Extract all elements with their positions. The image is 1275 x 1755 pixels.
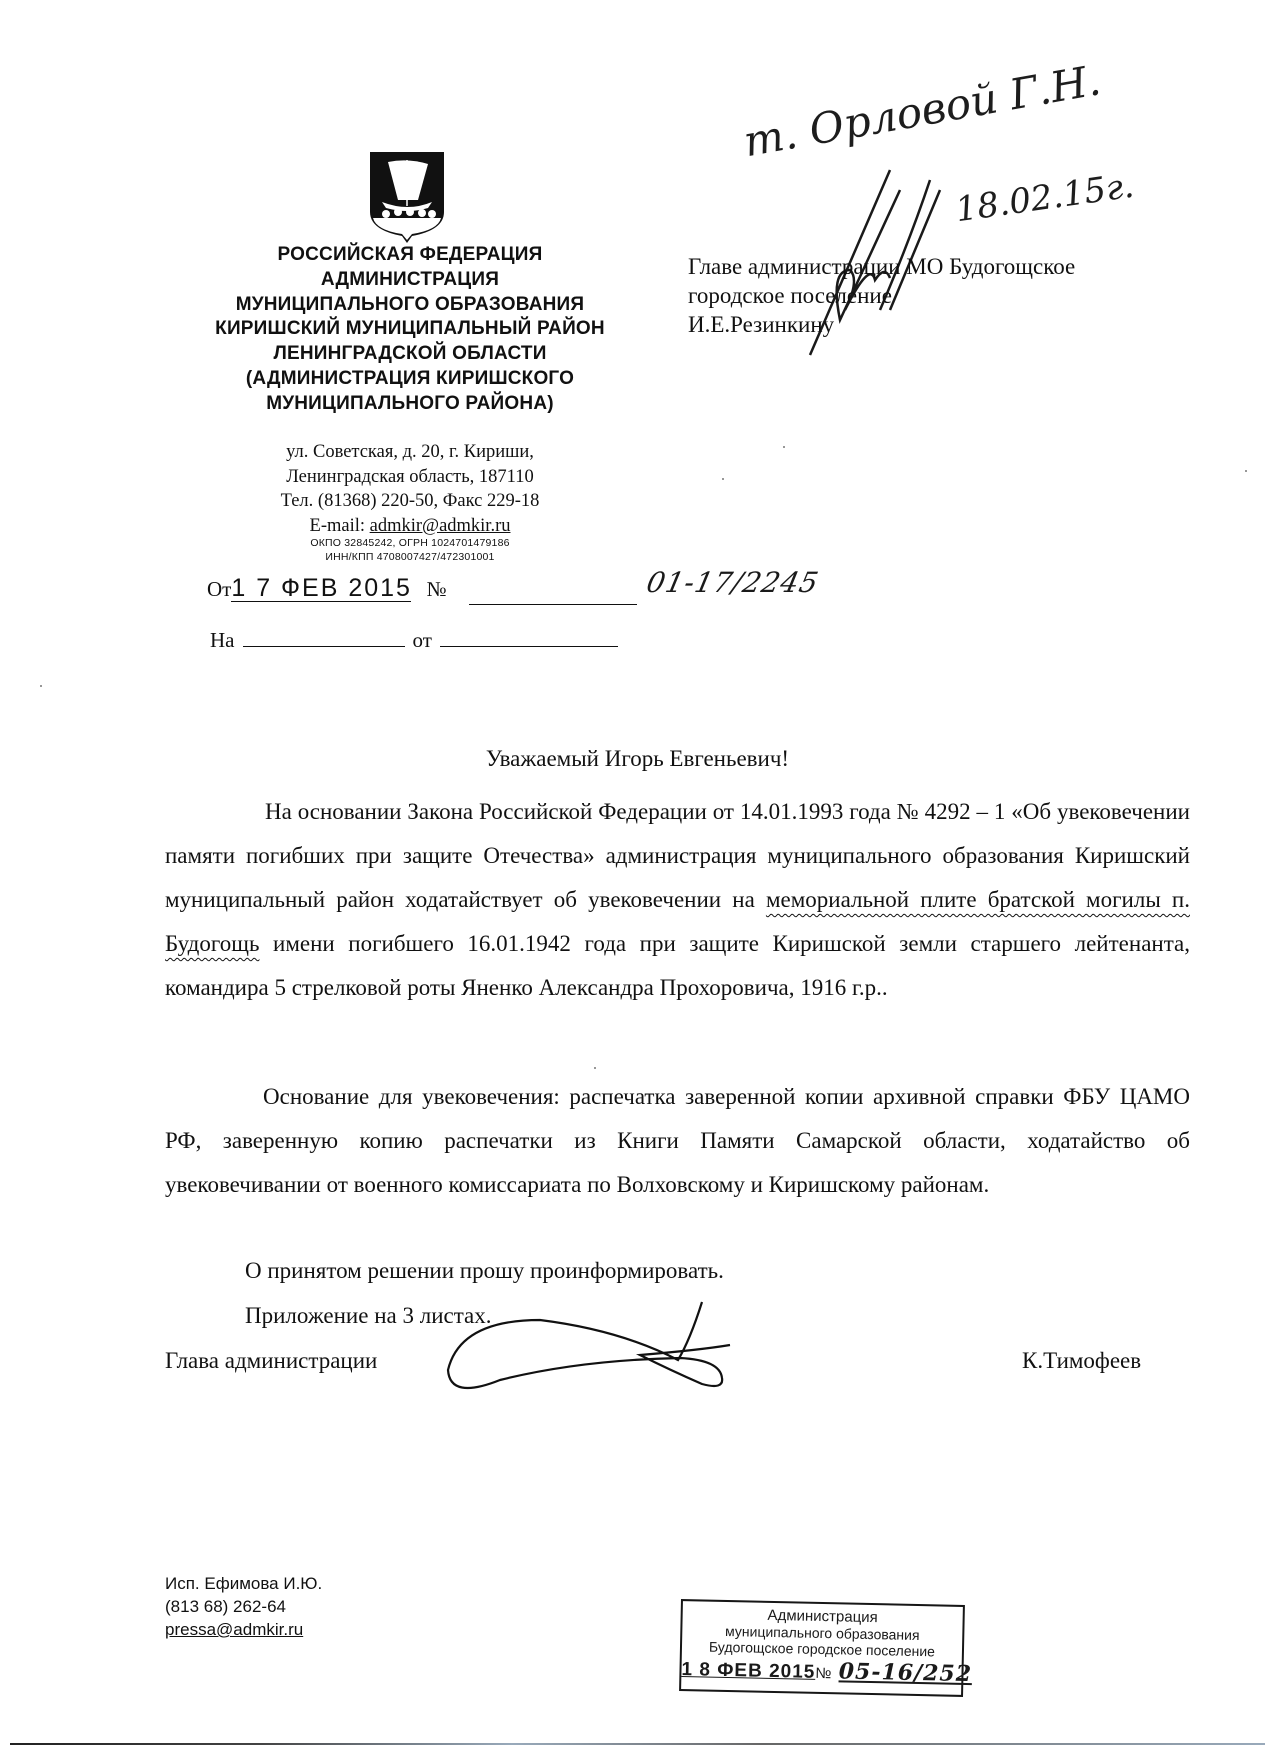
reply-number-blank bbox=[243, 628, 405, 647]
scan-speck bbox=[722, 478, 724, 480]
address-region: Ленинградская область, 187110 bbox=[200, 465, 620, 490]
letterhead-title-line: (АДМИНИСТРАЦИЯ КИРИШСКОГО bbox=[180, 367, 640, 392]
scan-speck bbox=[594, 1067, 596, 1069]
letterhead-codes: ОКПО 32845242, ОГРН 1024701479186 ИНН/КП… bbox=[200, 536, 620, 564]
from-label: От bbox=[207, 577, 231, 601]
incoming-registration-stamp: Администрация муниципального образования… bbox=[679, 1599, 965, 1697]
outgoing-number-handwritten: 01-17/2245 bbox=[644, 568, 822, 598]
resolution-date: 18.02.15г. bbox=[953, 166, 1136, 231]
addressee-line: городское поселение bbox=[688, 281, 1075, 310]
addressee-line: Главе администрации МО Будогощское bbox=[688, 252, 1075, 281]
scan-speck bbox=[783, 446, 785, 448]
okpo-ogrn: ОКПО 32845242, ОГРН 1024701479186 bbox=[200, 536, 620, 550]
address-street: ул. Советская, д. 20, г. Кириши, bbox=[200, 440, 620, 465]
stamp-date-number: 1 8 ФЕВ 2015№ 05-16/252 bbox=[681, 1655, 961, 1687]
letterhead-title: РОССИЙСКАЯ ФЕДЕРАЦИЯ АДМИНИСТРАЦИЯ МУНИЦ… bbox=[180, 243, 640, 417]
stamp-number-handwritten: 05-16/252 bbox=[838, 1658, 972, 1687]
addressee-block: Главе администрации МО Будогощское город… bbox=[688, 252, 1075, 339]
number-label: № bbox=[427, 577, 447, 601]
phone-fax: Тел. (81368) 220-50, Факс 229-18 bbox=[200, 489, 620, 514]
scan-speck bbox=[1245, 470, 1247, 472]
executor-email-link[interactable]: pressa@admkir.ru bbox=[165, 1620, 303, 1639]
email-row: E-mail: admkir@admkir.ru bbox=[200, 514, 620, 539]
executor-phone: (813 68) 262-64 bbox=[165, 1595, 322, 1618]
letterhead-title-line: МУНИЦИПАЛЬНОГО РАЙОНА) bbox=[180, 392, 640, 417]
letterhead-title-line: ЛЕНИНГРАДСКОЙ ОБЛАСТИ bbox=[180, 342, 640, 367]
paragraph-main-request: На основании Закона Российской Федерации… bbox=[165, 790, 1190, 1010]
inn-kpp: ИНН/КПП 4708007427/472301001 bbox=[200, 550, 620, 564]
scan-edge-line bbox=[10, 1743, 1265, 1745]
signatory-name: К.Тимофеев bbox=[1022, 1348, 1141, 1374]
handwritten-signature bbox=[440, 1300, 740, 1410]
letterhead-title-line: АДМИНИСТРАЦИЯ bbox=[180, 268, 640, 293]
scan-speck bbox=[40, 685, 42, 687]
executor-name: Исп. Ефимова И.Ю. bbox=[165, 1572, 322, 1595]
executor-block: Исп. Ефимова И.Ю. (813 68) 262-64 pressa… bbox=[165, 1572, 322, 1641]
resolution-note: т. Орловой Г.Н. bbox=[740, 55, 1104, 166]
outgoing-registration: От1 7 ФЕВ 2015 № 01-17/2245 bbox=[207, 574, 637, 605]
letterhead-address: ул. Советская, д. 20, г. Кириши, Ленингр… bbox=[200, 440, 620, 538]
stamp-date: 1 8 ФЕВ 2015 bbox=[681, 1659, 815, 1683]
to-label: На bbox=[210, 628, 235, 652]
paragraph-text: имени погибшего 16.01.1942 года при защи… bbox=[165, 931, 1190, 1000]
email-link[interactable]: admkir@admkir.ru bbox=[370, 516, 511, 536]
paragraph-basis: Основание для увековечения: распечатка з… bbox=[165, 1075, 1190, 1207]
letterhead-title-line: РОССИЙСКАЯ ФЕДЕРАЦИЯ bbox=[180, 243, 640, 268]
coat-of-arms-ship-icon bbox=[368, 150, 446, 244]
stamp-number-label: № bbox=[815, 1665, 832, 1682]
outgoing-date-stamp: 1 7 ФЕВ 2015 bbox=[231, 575, 411, 602]
number-line bbox=[469, 574, 637, 605]
signatory-position: Глава администрации bbox=[165, 1348, 377, 1374]
reply-to-line: Наот bbox=[210, 628, 626, 653]
letterhead-title-line: МУНИЦИПАЛЬНОГО ОБРАЗОВАНИЯ bbox=[180, 293, 640, 318]
greeting: Уважаемый Игорь Евгеньевич! bbox=[0, 746, 1275, 772]
reply-date-blank bbox=[440, 628, 618, 647]
paragraph-request-inform: О принятом решении прошу проинформироват… bbox=[245, 1258, 724, 1284]
email-label: E-mail: bbox=[310, 516, 370, 536]
letterhead-title-line: КИРИШСКИЙ МУНИЦИПАЛЬНЫЙ РАЙОН bbox=[180, 317, 640, 342]
addressee-name: И.Е.Резинкину bbox=[688, 310, 1075, 339]
dated-label: от bbox=[413, 628, 432, 652]
